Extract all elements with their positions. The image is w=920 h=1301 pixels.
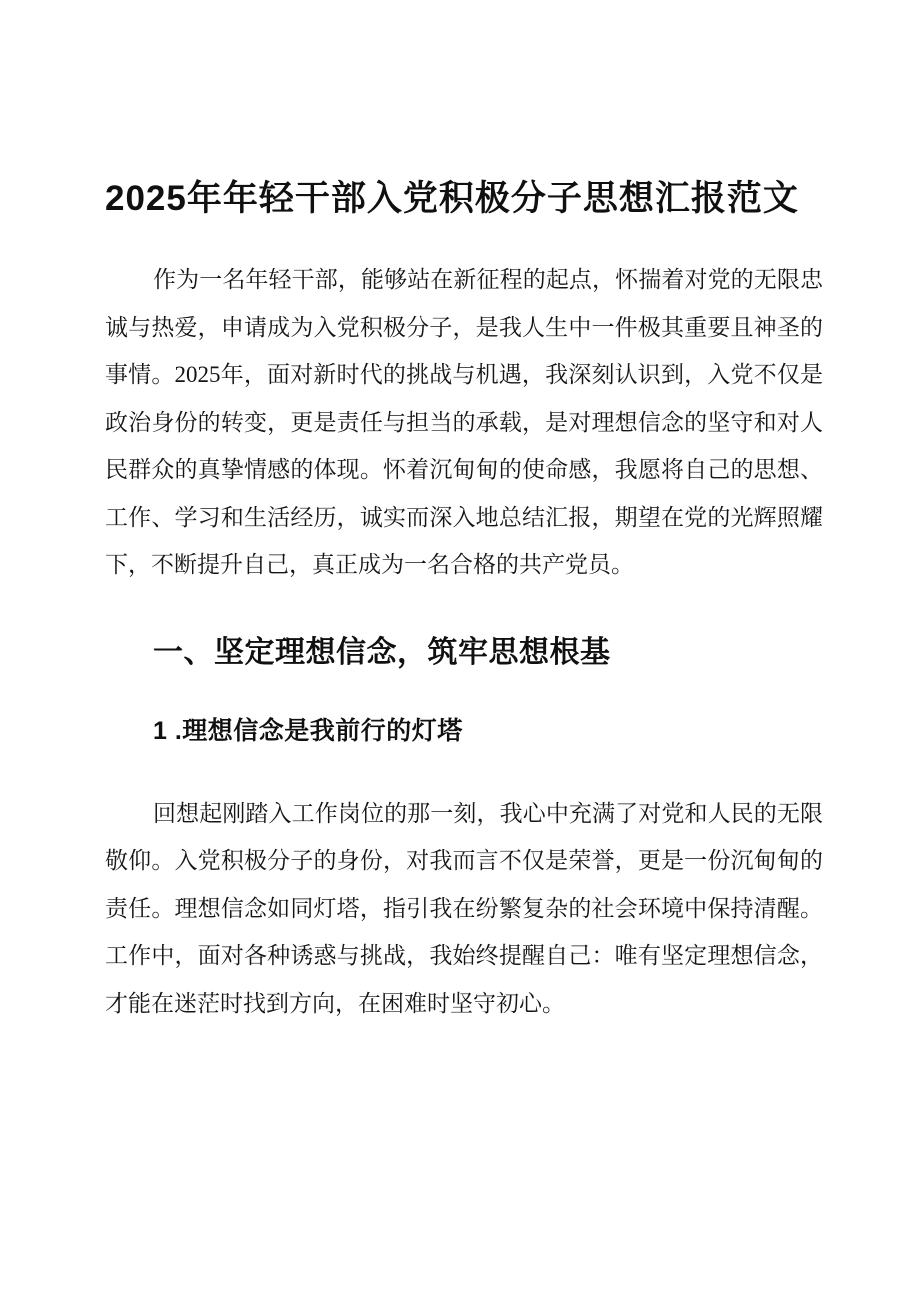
- document-title: 2025年年轻干部入党积极分子思想汇报范文: [105, 178, 823, 220]
- section-1-1-paragraph: 回想起刚踏入工作岗位的那一刻，我心中充满了对党和人民的无限敬仰。入党积极分子的身…: [105, 790, 823, 1028]
- document-page: 2025年年轻干部入党积极分子思想汇报范文 作为一名年轻干部，能够站在新征程的起…: [0, 0, 920, 1301]
- section-1-1-heading: 1 .理想信念是我前行的灯塔: [105, 712, 823, 750]
- section-1-heading: 一、坚定理想信念，筑牢思想根基: [105, 632, 823, 674]
- intro-paragraph: 作为一名年轻干部，能够站在新征程的起点，怀揣着对党的无限忠诚与热爱，申请成为入党…: [105, 256, 823, 589]
